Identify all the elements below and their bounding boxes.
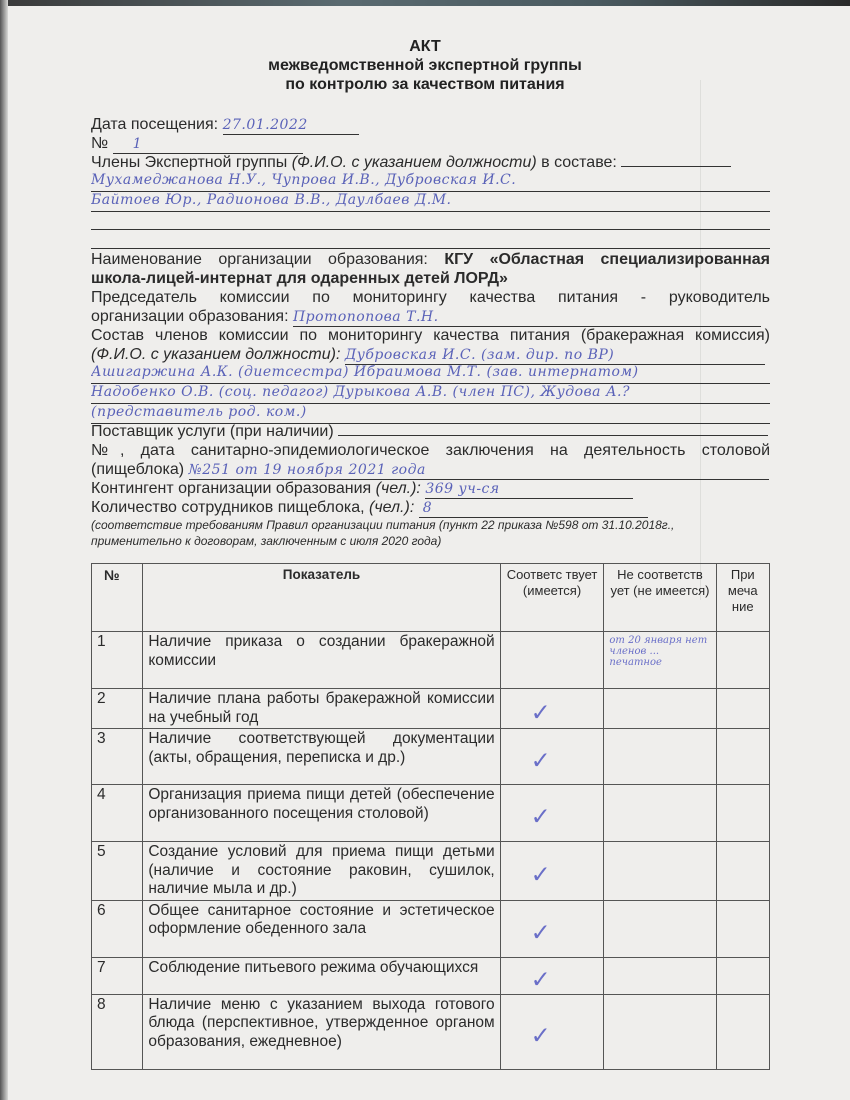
supplier-row: Поставщик услуги (при наличии) bbox=[91, 422, 768, 441]
row-remark-cell[interactable] bbox=[716, 842, 769, 901]
commission-line-2[interactable]: Ашигаржина А.К. (диетсестра) Ибраимова М… bbox=[91, 364, 770, 384]
row-indicator: Наличие меню с указанием выхода готового… bbox=[143, 994, 500, 1069]
row-no-cell[interactable]: от 20 января нет членов ... печатное bbox=[604, 632, 716, 689]
row-remark-cell[interactable] bbox=[716, 994, 769, 1069]
check-mark-icon: ✓ bbox=[531, 923, 551, 942]
row-number: 1 bbox=[92, 632, 143, 689]
row-number: 5 bbox=[92, 842, 143, 901]
row-yes-cell[interactable]: ✓ bbox=[500, 994, 604, 1069]
table-row: 1 Наличие приказа о создании бракеражной… bbox=[92, 632, 770, 689]
staff-row: Количество сотрудников пищеблока, (чел.)… bbox=[91, 498, 648, 518]
act-number-label: № bbox=[91, 135, 108, 152]
row-no-cell[interactable] bbox=[604, 900, 716, 957]
row-yes-cell[interactable]: ✓ bbox=[500, 785, 604, 842]
chairman-label: Председатель комиссии по мониторингу кач… bbox=[91, 288, 770, 307]
row-no-cell[interactable] bbox=[604, 689, 716, 729]
row-indicator: Общее санитарное состояние и эстетическо… bbox=[143, 900, 500, 957]
row-yes-cell[interactable] bbox=[500, 632, 604, 689]
indicators-table: № Показатель Соответс твует (имеется) Не… bbox=[91, 563, 770, 1070]
row-remark-cell[interactable] bbox=[716, 632, 769, 689]
blank-line bbox=[91, 248, 770, 249]
col-header-indicator: Показатель bbox=[143, 564, 500, 632]
row-no-cell[interactable] bbox=[604, 994, 716, 1069]
row-remark-cell[interactable] bbox=[716, 729, 769, 785]
note-line-1: (соответствие требованиям Правил организ… bbox=[91, 517, 674, 533]
commission-line-3[interactable]: Надобенко О.В. (соц. педагог) Дурыкова А… bbox=[91, 384, 770, 404]
row-yes-cell[interactable]: ✓ bbox=[500, 729, 604, 785]
note-line-2: применительно к договорам, заключенным с… bbox=[91, 533, 441, 549]
contingent-row: Контингент организации образования (чел.… bbox=[91, 479, 633, 499]
row-indicator: Создание условий для приема пищи детьми … bbox=[143, 842, 500, 901]
document-page: АКТ межведомственной экспертной группы п… bbox=[0, 0, 850, 1100]
table-row: 3 Наличие соответствующей документации (… bbox=[92, 729, 770, 785]
commission-line-4[interactable]: (представитель род. ком.) bbox=[91, 404, 770, 424]
row-number: 7 bbox=[92, 957, 143, 994]
organization-row-2: школа-лицей-интернат для одаренных детей… bbox=[91, 269, 508, 288]
organization-name: КГУ «Областная специализированная bbox=[444, 251, 770, 268]
check-mark-icon: ✓ bbox=[531, 807, 551, 826]
row-indicator: Наличие плана работы бракеражной комисси… bbox=[143, 689, 500, 729]
table-row: 8 Наличие меню с указанием выхода готово… bbox=[92, 994, 770, 1069]
table-row: 4 Организация приема пищи детей (обеспеч… bbox=[92, 785, 770, 842]
col-header-num: № bbox=[92, 564, 143, 632]
staff-value[interactable]: 8 bbox=[419, 500, 648, 518]
expert-group-line-1[interactable]: Мухамеджанова Н.У., Чупрова И.В., Дубров… bbox=[91, 172, 770, 192]
table-header: № Показатель Соответс твует (имеется) Не… bbox=[92, 564, 770, 632]
row-number: 2 bbox=[92, 689, 143, 729]
scan-edge-top bbox=[0, 0, 850, 6]
scan-edge-left bbox=[0, 0, 8, 1100]
row-number: 3 bbox=[92, 729, 143, 785]
row-yes-cell[interactable]: ✓ bbox=[500, 957, 604, 994]
row-no-cell[interactable] bbox=[604, 842, 716, 901]
contingent-value[interactable]: 369 уч-ся bbox=[425, 481, 633, 499]
table-row: 2 Наличие плана работы бракеражной комис… bbox=[92, 689, 770, 729]
row-remark-cell[interactable] bbox=[716, 785, 769, 842]
row-indicator: Наличие соответствующей документации (ак… bbox=[143, 729, 500, 785]
sanitary-value[interactable]: №251 от 19 ноября 2021 года bbox=[189, 462, 769, 480]
act-number-row: № 1 bbox=[91, 134, 303, 154]
chairman-value[interactable]: Протопопова Т.Н. bbox=[293, 309, 761, 327]
handwritten-note: от 20 января нет членов ... печатное bbox=[609, 633, 710, 668]
organization-row-1: Наименование организации образования: КГ… bbox=[91, 250, 770, 269]
visit-date-value[interactable]: 27.01.2022 bbox=[223, 117, 359, 135]
row-remark-cell[interactable] bbox=[716, 957, 769, 994]
expert-group-label: Члены Экспертной группы (Ф.И.О. с указан… bbox=[91, 153, 731, 172]
doc-subtitle-1: межведомственной экспертной группы bbox=[0, 56, 850, 75]
col-header-yes: Соответс твует (имеется) bbox=[500, 564, 604, 632]
blank-line bbox=[91, 229, 770, 230]
check-mark-icon: ✓ bbox=[531, 703, 551, 722]
check-mark-icon: ✓ bbox=[531, 970, 551, 989]
doc-title: АКТ bbox=[0, 37, 850, 56]
row-yes-cell[interactable]: ✓ bbox=[500, 842, 604, 901]
check-mark-icon: ✓ bbox=[531, 751, 551, 770]
commission-row: (Ф.И.О. с указанием должности): Дубровск… bbox=[91, 345, 765, 365]
supplier-value[interactable] bbox=[338, 435, 768, 436]
act-number-value[interactable]: 1 bbox=[113, 136, 303, 154]
row-no-cell[interactable] bbox=[604, 957, 716, 994]
chairman-row: организации образования: Протопопова Т.Н… bbox=[91, 307, 761, 327]
check-mark-icon: ✓ bbox=[531, 865, 551, 884]
col-header-no: Не соответств ует (не имеется) bbox=[604, 564, 716, 632]
row-number: 8 bbox=[92, 994, 143, 1069]
col-header-remark: При меча ние bbox=[716, 564, 769, 632]
row-no-cell[interactable] bbox=[604, 729, 716, 785]
check-mark-icon: ✓ bbox=[531, 1026, 551, 1045]
visit-date-label: Дата посещения: bbox=[91, 116, 218, 133]
table-row: 7 Соблюдение питьевого режима обучающихс… bbox=[92, 957, 770, 994]
sanitary-row: (пищеблока) №251 от 19 ноября 2021 года bbox=[91, 460, 769, 480]
row-yes-cell[interactable]: ✓ bbox=[500, 689, 604, 729]
row-remark-cell[interactable] bbox=[716, 689, 769, 729]
row-yes-cell[interactable]: ✓ bbox=[500, 900, 604, 957]
row-number: 4 bbox=[92, 785, 143, 842]
table-row: 5 Создание условий для приема пищи детьм… bbox=[92, 842, 770, 901]
doc-subtitle-2: по контролю за качеством питания bbox=[0, 75, 850, 94]
row-remark-cell[interactable] bbox=[716, 900, 769, 957]
sanitary-label: №, дата санитарно-эпидемиологическое зак… bbox=[91, 441, 770, 460]
row-indicator: Наличие приказа о создании бракеражной к… bbox=[143, 632, 500, 689]
expert-group-line-2[interactable]: Байтоев Юр., Радионова В.В., Даулбаев Д.… bbox=[91, 192, 770, 212]
commission-label: Состав членов комиссии по мониторингу ка… bbox=[91, 326, 770, 345]
row-number: 6 bbox=[92, 900, 143, 957]
commission-line-1[interactable]: Дубровская И.С. (зам. дир. по ВР) bbox=[345, 347, 765, 365]
table-row: 6 Общее санитарное состояние и эстетичес… bbox=[92, 900, 770, 957]
row-indicator: Организация приема пищи детей (обеспечен… bbox=[143, 785, 500, 842]
visit-date-row: Дата посещения: 27.01.2022 bbox=[91, 115, 359, 135]
row-no-cell[interactable] bbox=[604, 785, 716, 842]
row-indicator: Соблюдение питьевого режима обучающихся bbox=[143, 957, 500, 994]
